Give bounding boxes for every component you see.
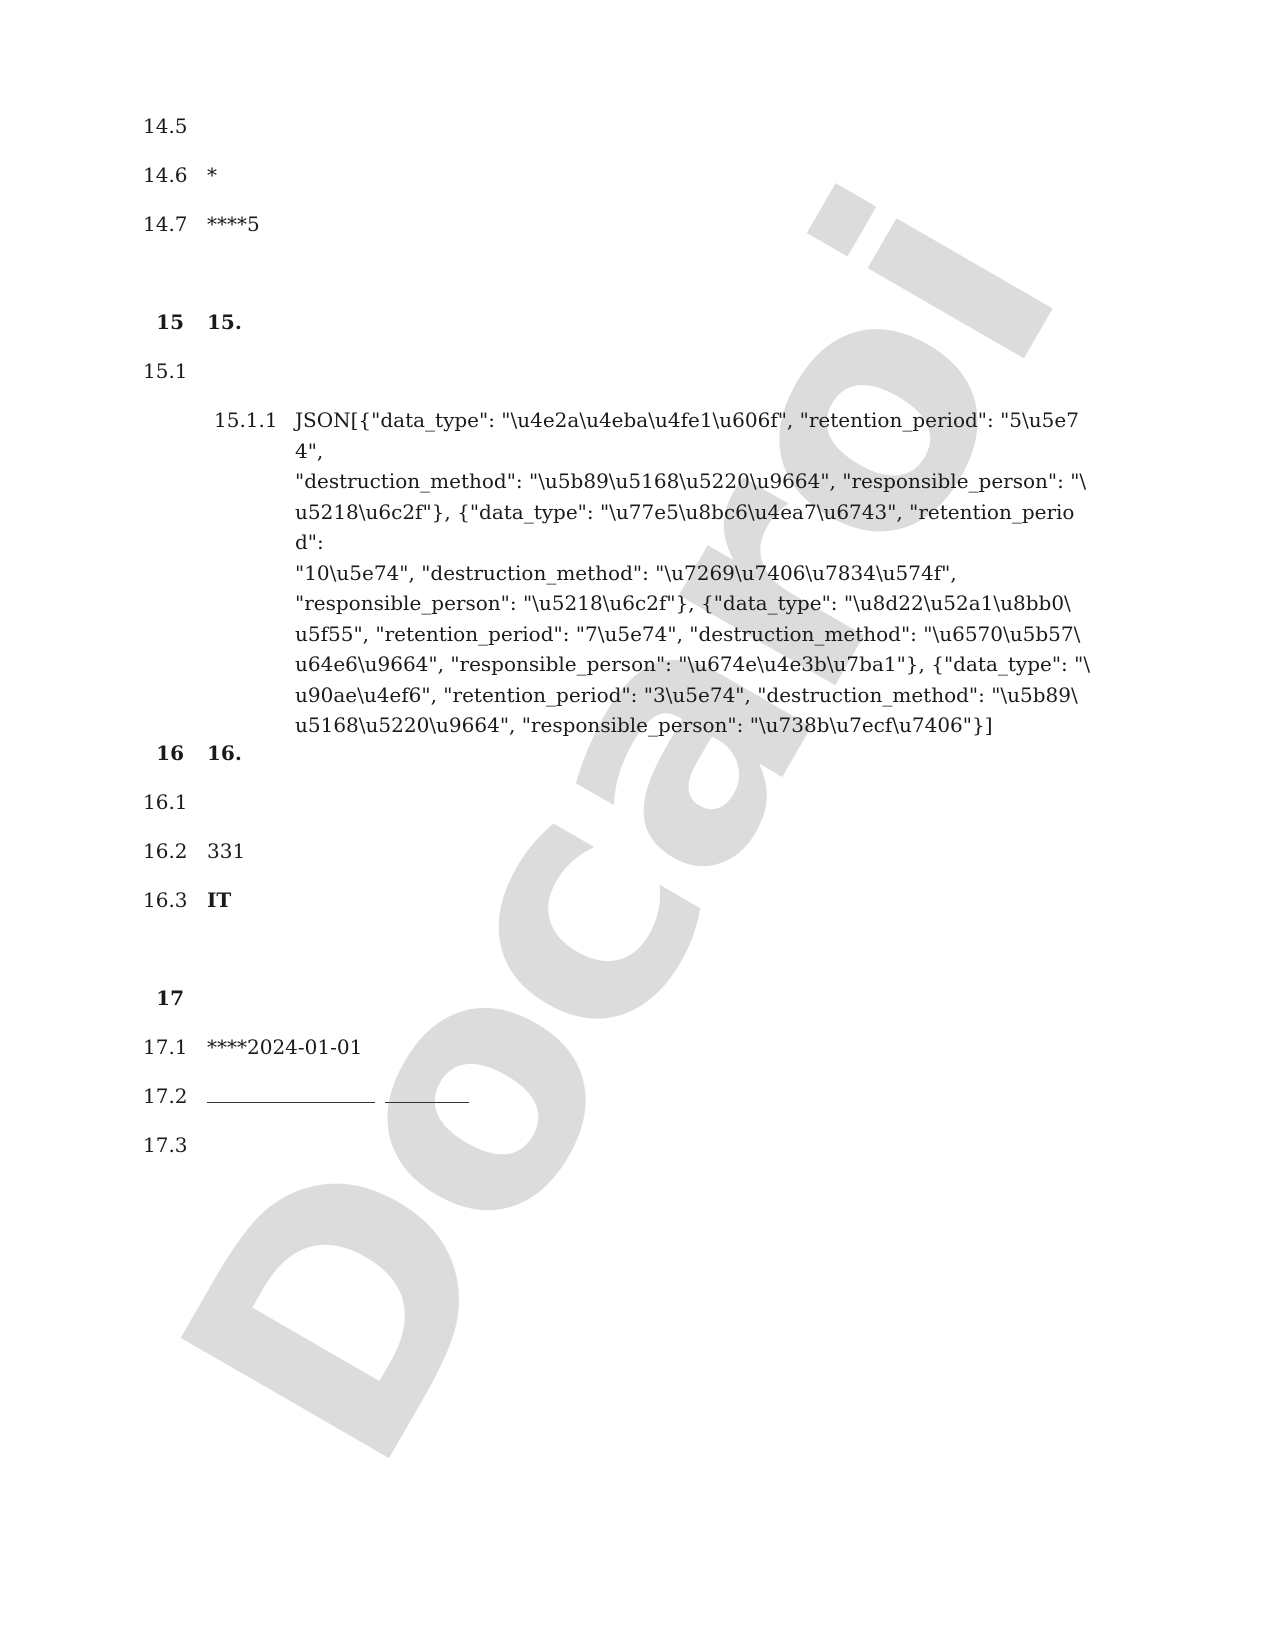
clause-text: IT xyxy=(207,885,231,915)
clause-number: 17.2 xyxy=(143,1081,203,1111)
clause-number: 15.1 xyxy=(143,356,203,386)
clause-number: 16.2 xyxy=(143,836,203,866)
clause-text: ****5 xyxy=(207,209,260,239)
json-line: u5f55", "retention_period": "7\u5e74", "… xyxy=(295,619,1095,650)
json-line: JSON[{"data_type": "\u4e2a\u4eba\u4fe1\u… xyxy=(295,405,1095,466)
signature-line xyxy=(207,1084,375,1103)
clause-number: 16.1 xyxy=(143,787,203,817)
json-line: u5218\u6c2f"}, {"data_type": "\u77e5\u8b… xyxy=(295,497,1095,558)
clause-number: 17.1 xyxy=(143,1032,203,1062)
json-line: u64e6\u9664", "responsible_person": "\u6… xyxy=(295,649,1095,680)
section-number: 15 xyxy=(120,307,184,337)
json-line: "10\u5e74", "destruction_method": "\u726… xyxy=(295,558,1095,589)
clause-number: 14.6 xyxy=(143,160,203,190)
signature-blanks xyxy=(207,1081,469,1111)
json-line: "responsible_person": "\u5218\u6c2f"}, {… xyxy=(295,588,1095,619)
clause-number: 16.3 xyxy=(143,885,203,915)
section-title: 15. xyxy=(207,307,242,337)
json-line: u5168\u5220\u9664", "responsible_person"… xyxy=(295,710,1095,741)
clause-text: 331 xyxy=(207,836,245,866)
json-line: "destruction_method": "\u5b89\u5168\u522… xyxy=(295,466,1095,497)
clause-number: 14.7 xyxy=(143,209,203,239)
json-retention-table-text: JSON[{"data_type": "\u4e2a\u4eba\u4fe1\u… xyxy=(295,405,1095,741)
document-page: 14.5 14.6 * 14.7 ****5 15 15. 15.1 15.1.… xyxy=(0,0,1275,1650)
section-number: 17 xyxy=(120,983,184,1013)
clause-text: ****2024-01-01 xyxy=(207,1032,362,1062)
json-line: u90ae\u4ef6", "retention_period": "3\u5e… xyxy=(295,680,1095,711)
subclause-number: 15.1.1 xyxy=(214,405,284,435)
date-line xyxy=(385,1084,469,1103)
section-title: 16. xyxy=(207,738,242,768)
clause-text: * xyxy=(207,160,217,190)
section-number: 16 xyxy=(120,738,184,768)
clause-number: 14.5 xyxy=(143,111,203,141)
clause-number: 17.3 xyxy=(143,1130,203,1160)
